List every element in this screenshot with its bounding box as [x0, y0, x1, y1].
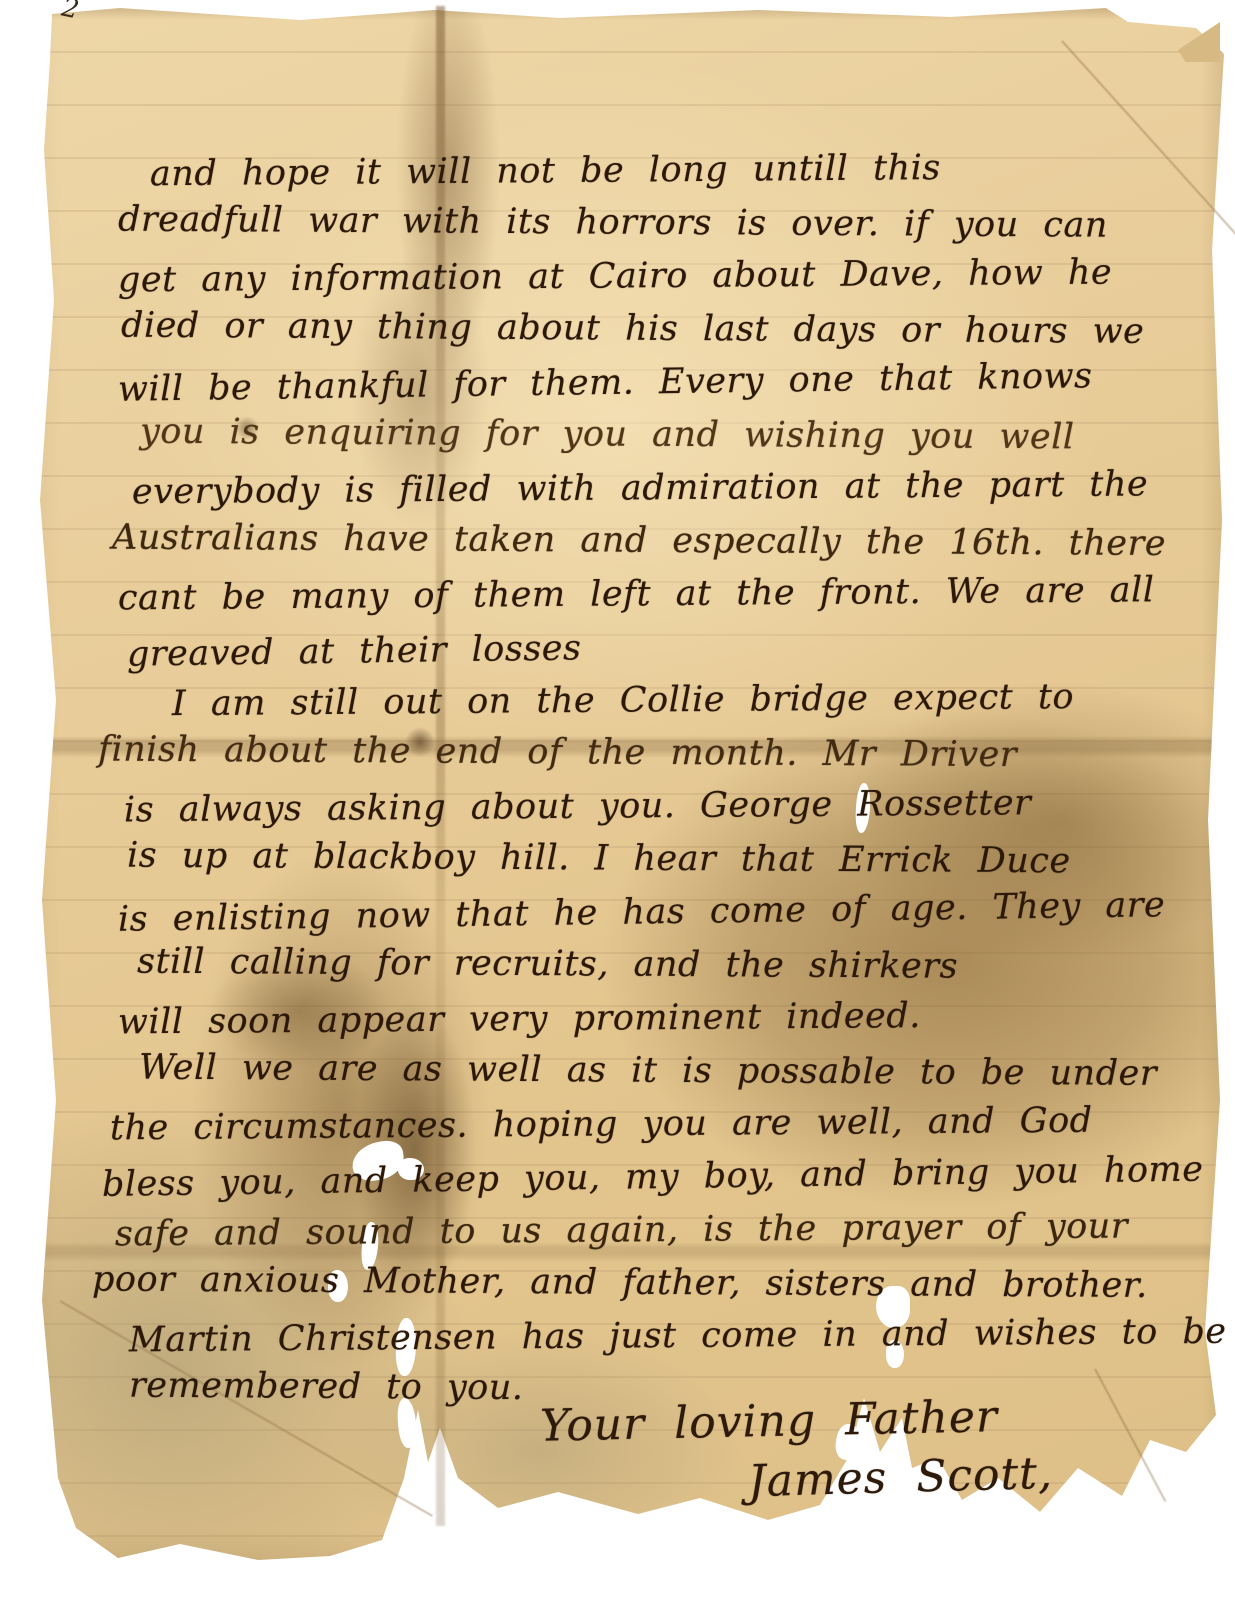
letter-closing: Your loving Father: [540, 1391, 999, 1452]
letter-line: I am still out on the Collie bridge expe…: [172, 676, 1235, 737]
letter-line: you is enquiring for you and wishing you…: [140, 412, 1235, 472]
letter-line: get any information at Cairo about Dave,…: [118, 252, 1235, 314]
letter-scan: 2 and hope it will not be long untill th…: [0, 0, 1235, 1600]
letter-line: everybody is filled with admiration at t…: [132, 464, 1235, 526]
letter-line: Martin Christensen has just come in and …: [129, 1312, 1235, 1374]
letter-line: poor anxious Mother, and father, sisters…: [92, 1260, 1235, 1320]
letter-lines: and hope it will not be long untill this…: [0, 150, 1235, 1422]
letter-line: and hope it will not be long untill this: [150, 146, 1235, 208]
letter-line: dreadfull war with its horrors is over. …: [118, 200, 1235, 260]
letter-line: is always asking about you. George Rosse…: [124, 782, 1235, 844]
letter-line: finish about the end of the month. Mr Dr…: [98, 730, 1235, 790]
letter-line: still calling for recruits, and the shir…: [137, 942, 1235, 1002]
letter-signature: James Scott,: [747, 1448, 1053, 1507]
letter-line: will soon appear very prominent indeed.: [118, 994, 1235, 1056]
letter-line: safe and sound to us again, is the praye…: [115, 1206, 1235, 1268]
letter-line: Well we are as well as it is possable to…: [139, 1048, 1235, 1108]
letter-line: Australians have taken and especally the…: [112, 518, 1235, 578]
letter-body: and hope it will not be long untill this…: [0, 0, 1235, 1422]
